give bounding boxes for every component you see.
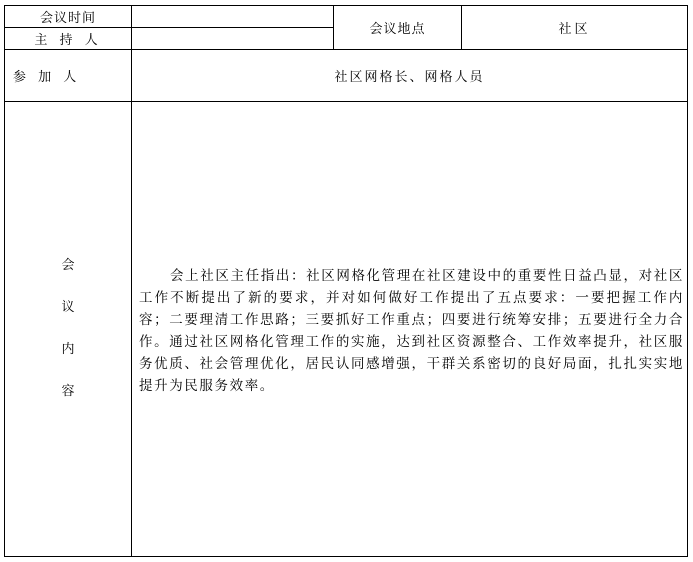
meeting-content-text[interactable]: 会上社区主任指出：社区网格化管理在社区建设中的重要性日益凸显，对社区工作不断提出… (139, 265, 684, 397)
host-label: 主 持 人 (5, 28, 131, 49)
content-label-char: 会 (61, 258, 74, 300)
location-label: 会议地点 (334, 6, 461, 49)
meeting-time-field[interactable] (132, 6, 333, 27)
content-label: 会 议 内 容 (5, 258, 131, 426)
attendees-label: 参 加 人 (5, 50, 131, 101)
table-border-right (687, 5, 688, 557)
host-field[interactable] (132, 28, 333, 49)
location-field[interactable]: 社区 (462, 6, 687, 49)
meeting-time-label: 会议时间 (5, 6, 131, 27)
attendees-field[interactable]: 社区网格长、网格人员 (132, 50, 687, 101)
content-label-char: 议 (61, 300, 74, 342)
row-divider (4, 101, 688, 102)
table-border-bottom (4, 556, 688, 557)
content-label-char: 内 (61, 342, 74, 384)
content-label-char: 容 (61, 384, 74, 426)
